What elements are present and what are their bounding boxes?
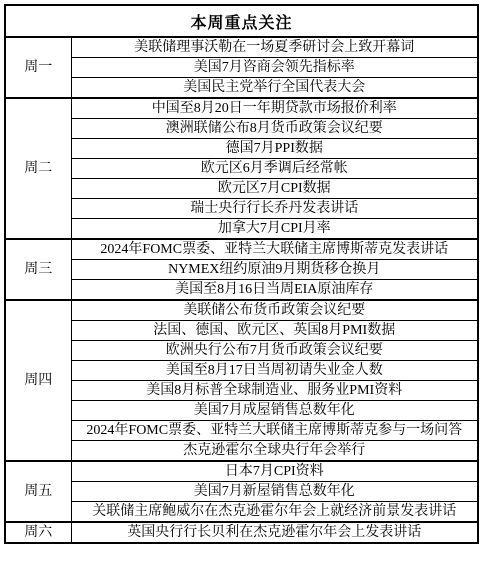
- event-cell: 美国7月成屋销售总数年化: [71, 401, 478, 421]
- event-cell: 美联储公布货币政策会议纪要: [71, 300, 478, 321]
- event-cell: 美国7月新屋销售总数年化: [71, 482, 478, 502]
- event-cell: 美国7月咨商会领先指标率: [71, 58, 478, 78]
- event-cell: 欧洲央行公布7月货币政策会议纪要: [71, 341, 478, 361]
- table-row: 澳洲联储公布8月货币政策会议纪要: [5, 119, 478, 139]
- event-cell: 美国至8月16日当周EIA原油库存: [71, 280, 478, 301]
- table-row: 瑞士央行行长乔丹发表讲话: [5, 199, 478, 219]
- table-header-row: 本周重点关注: [5, 5, 478, 37]
- table-row: 2024年FOMC票委、亚特兰大联储主席博斯蒂克参与一场问答: [5, 421, 478, 441]
- event-cell: 加拿大7月CPI月率: [71, 219, 478, 240]
- event-cell: 瑞士央行行长乔丹发表讲话: [71, 199, 478, 219]
- table-row: NYMEX纽约原油9月期货移仓换月: [5, 260, 478, 280]
- table-row: 杰克逊霍尔全球央行年会举行: [5, 441, 478, 462]
- table-row: 关联储主席鲍威尔在杰克逊霍尔年会上就经济前景发表讲话: [5, 502, 478, 523]
- table-row: 美国7月新屋销售总数年化: [5, 482, 478, 502]
- event-cell: 美联储理事沃勒在一场夏季研讨会上致开幕词: [71, 37, 478, 58]
- table-row: 美国8月标普全球制造业、服务业PMI资料: [5, 381, 478, 401]
- event-cell: 美国民主党举行全国代表大会: [71, 78, 478, 99]
- event-cell: 2024年FOMC票委、亚特兰大联储主席博斯蒂克发表讲话: [71, 239, 478, 260]
- event-cell: 澳洲联储公布8月货币政策会议纪要: [71, 119, 478, 139]
- event-cell: 美国至8月17日当周初请失业金人数: [71, 361, 478, 381]
- table-title: 本周重点关注: [5, 5, 478, 37]
- table-row: 周二 中国至8月20日一年期贷款市场报价利率: [5, 98, 478, 119]
- table-row: 周一 美联储理事沃勒在一场夏季研讨会上致开幕词: [5, 37, 478, 58]
- table-row: 欧元区6月季调后经常帐: [5, 159, 478, 179]
- table-row: 美国7月咨商会领先指标率: [5, 58, 478, 78]
- event-cell: 日本7月CPI资料: [71, 461, 478, 482]
- event-cell: 德国7月PPI数据: [71, 139, 478, 159]
- event-cell: 2024年FOMC票委、亚特兰大联储主席博斯蒂克参与一场问答: [71, 421, 478, 441]
- day-cell-friday: 周五: [5, 461, 71, 522]
- event-cell: 杰克逊霍尔全球央行年会举行: [71, 441, 478, 462]
- table-row: 欧元区7月CPI数据: [5, 179, 478, 199]
- event-cell: 关联储主席鲍威尔在杰克逊霍尔年会上就经济前景发表讲话: [71, 502, 478, 523]
- day-cell-thursday: 周四: [5, 300, 71, 461]
- table-row: 欧洲央行公布7月货币政策会议纪要: [5, 341, 478, 361]
- table-row: 周六 英国央行行长贝利在杰克逊霍尔年会上发表讲话: [5, 522, 478, 543]
- day-cell-wednesday: 周三: [5, 239, 71, 300]
- event-cell: 中国至8月20日一年期贷款市场报价利率: [71, 98, 478, 119]
- day-cell-monday: 周一: [5, 37, 71, 98]
- event-cell: 美国8月标普全球制造业、服务业PMI资料: [71, 381, 478, 401]
- event-cell: NYMEX纽约原油9月期货移仓换月: [71, 260, 478, 280]
- weekly-focus-table: 本周重点关注 周一 美联储理事沃勒在一场夏季研讨会上致开幕词 美国7月咨商会领先…: [4, 4, 479, 544]
- table-row: 德国7月PPI数据: [5, 139, 478, 159]
- event-cell: 欧元区7月CPI数据: [71, 179, 478, 199]
- event-cell: 英国央行行长贝利在杰克逊霍尔年会上发表讲话: [71, 522, 478, 543]
- table-row: 周四 美联储公布货币政策会议纪要: [5, 300, 478, 321]
- table-row: 加拿大7月CPI月率: [5, 219, 478, 240]
- event-cell: 法国、德国、欧元区、英国8月PMI数据: [71, 321, 478, 341]
- table-row: 美国至8月17日当周初请失业金人数: [5, 361, 478, 381]
- table-row: 美国至8月16日当周EIA原油库存: [5, 280, 478, 301]
- table-row: 美国民主党举行全国代表大会: [5, 78, 478, 99]
- table-row: 周三 2024年FOMC票委、亚特兰大联储主席博斯蒂克发表讲话: [5, 239, 478, 260]
- day-cell-tuesday: 周二: [5, 98, 71, 239]
- table-row: 法国、德国、欧元区、英国8月PMI数据: [5, 321, 478, 341]
- table-row: 美国7月成屋销售总数年化: [5, 401, 478, 421]
- day-cell-saturday: 周六: [5, 522, 71, 543]
- event-cell: 欧元区6月季调后经常帐: [71, 159, 478, 179]
- table-row: 周五 日本7月CPI资料: [5, 461, 478, 482]
